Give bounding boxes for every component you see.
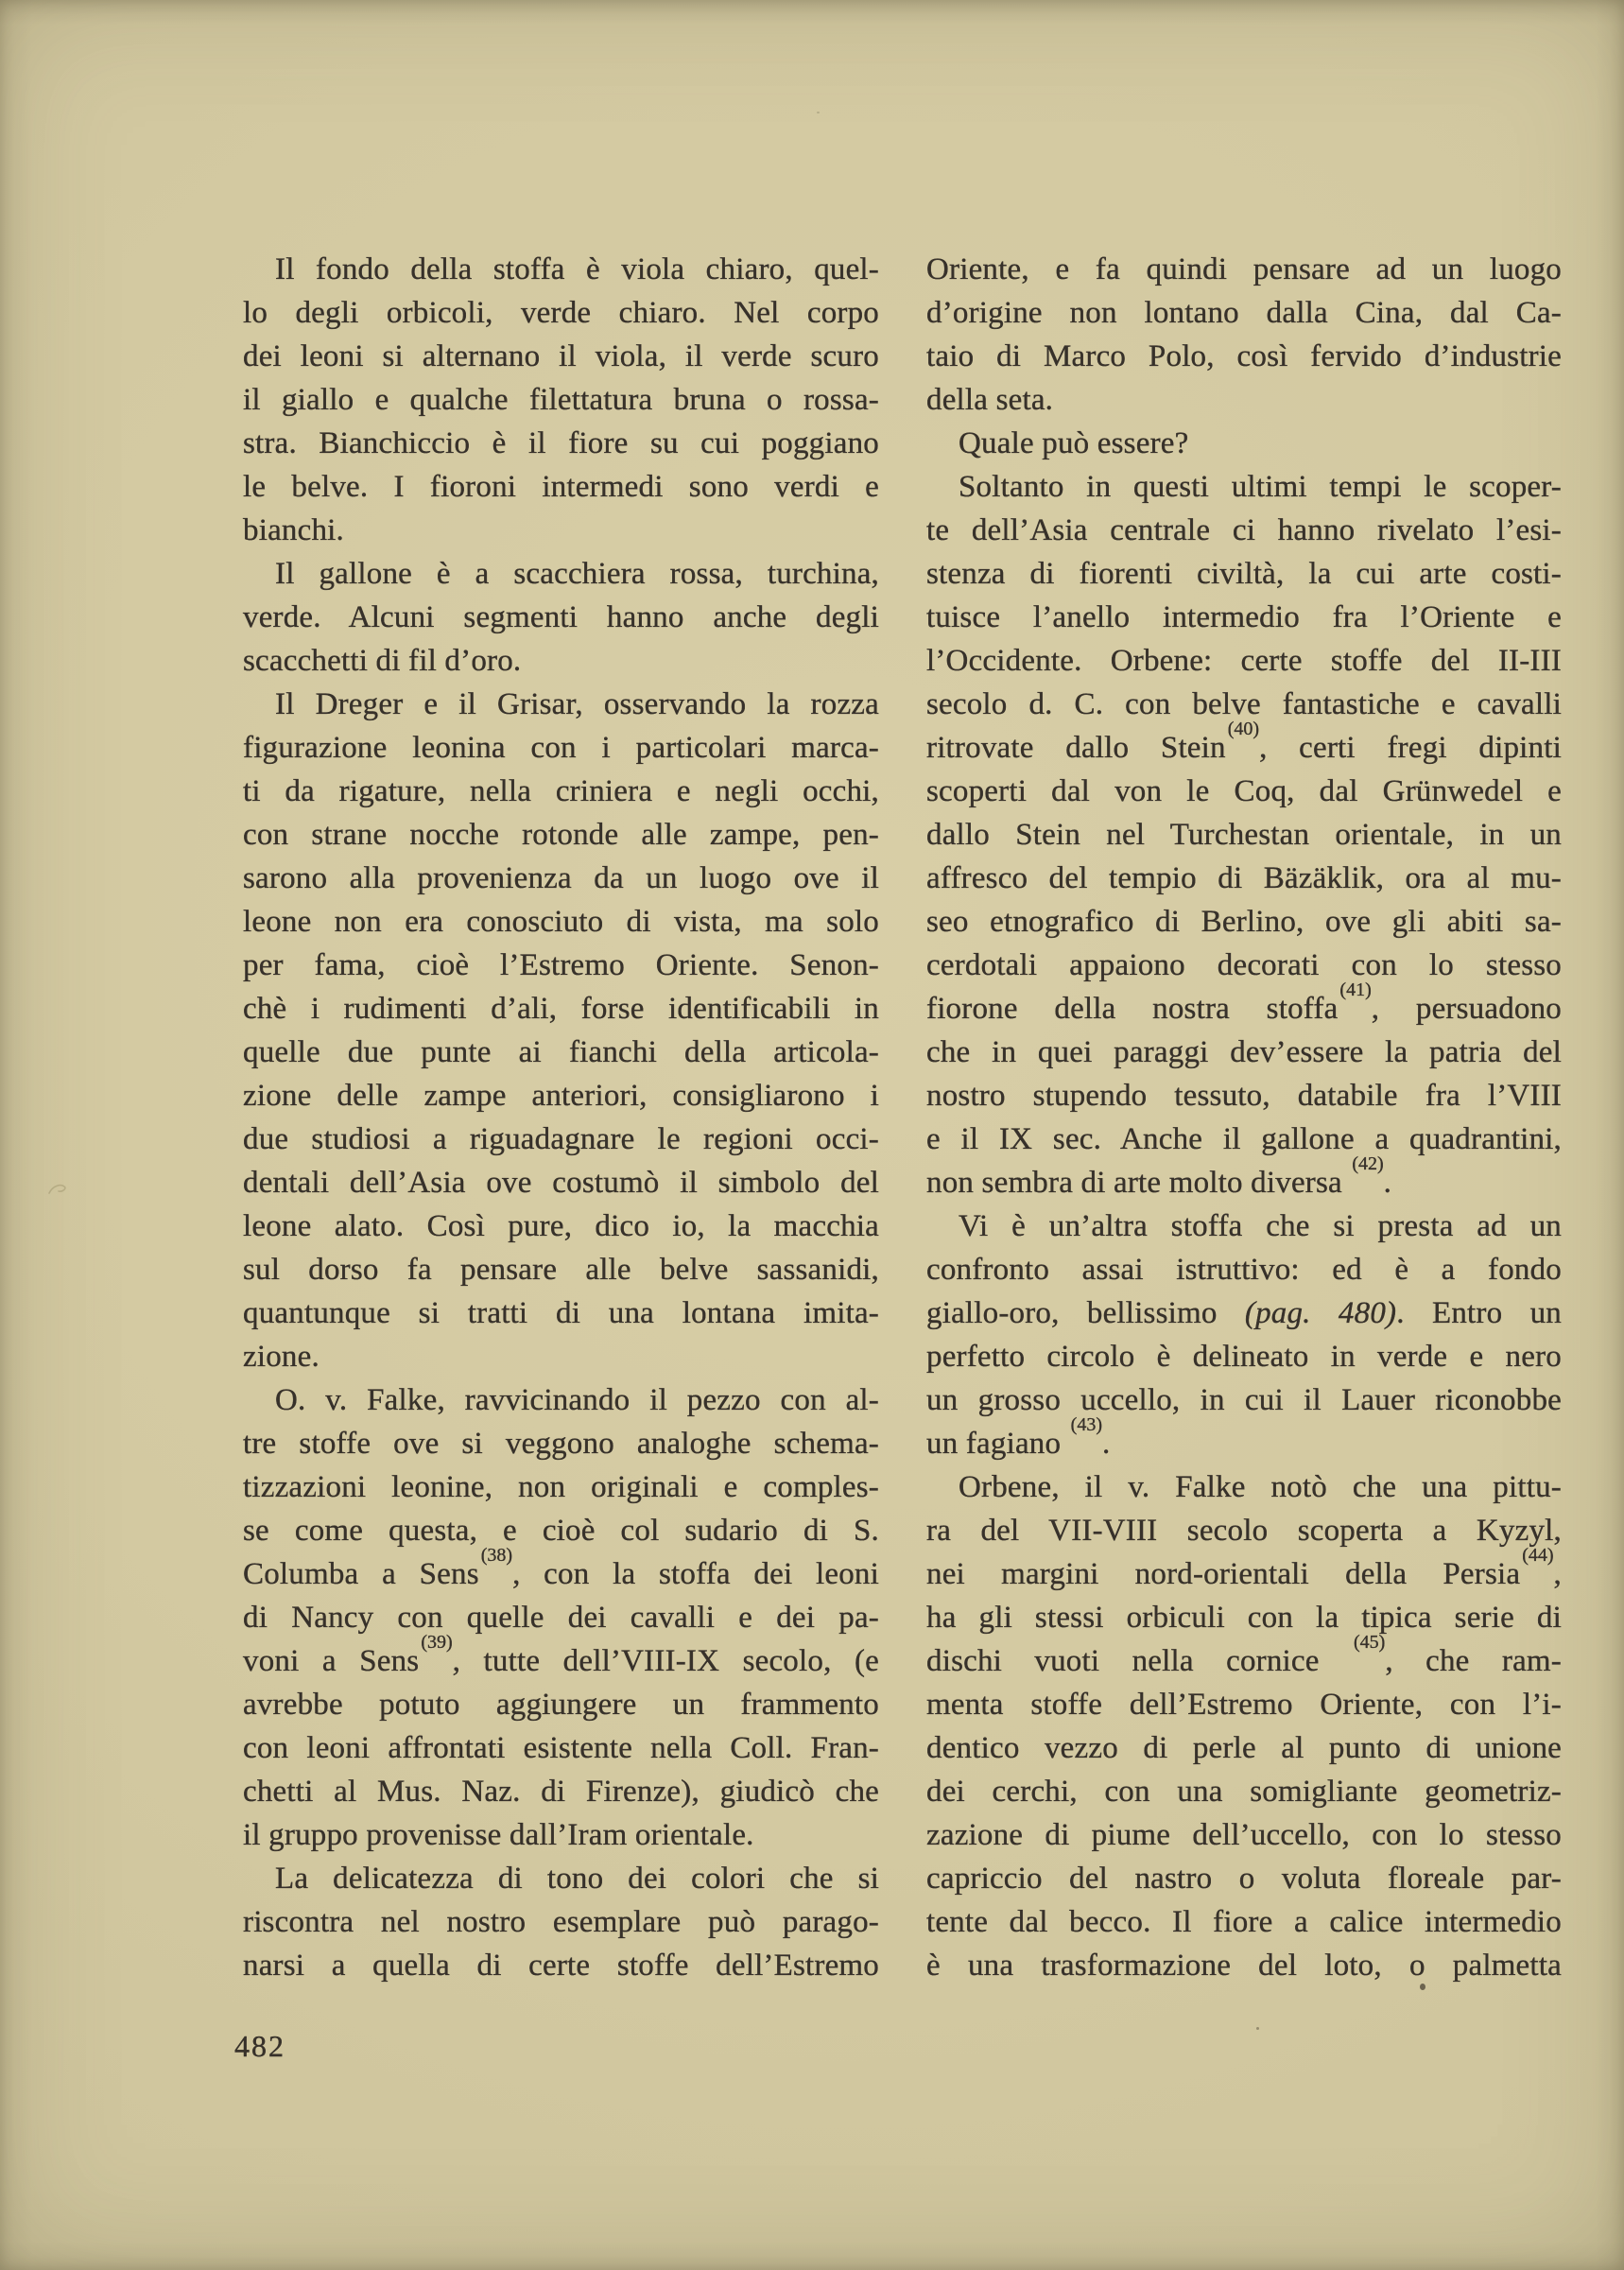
ink-speck bbox=[1420, 1984, 1425, 1990]
text-line: sul dorso fa pensare alle belve sassanid… bbox=[243, 1248, 879, 1291]
text-line: avrebbe potuto aggiungere un frammento bbox=[243, 1683, 879, 1726]
text-line: perfetto circolo è delineato in verde e … bbox=[926, 1335, 1562, 1378]
text-line: giallo-oro, bellissimo (pag. 480). Entro… bbox=[926, 1291, 1562, 1335]
text-line: taio di Marco Polo, così fervido d’indus… bbox=[926, 335, 1562, 378]
text-column-left: Il fondo della stoffa è viola chiaro, qu… bbox=[243, 248, 879, 1987]
text-line: è una trasformazione del loto, o palmett… bbox=[926, 1944, 1562, 1987]
text-line: nostro stupendo tessuto, databile fra l’… bbox=[926, 1074, 1562, 1118]
text-line: della seta. bbox=[926, 378, 1562, 422]
text-line: chè i rudimenti d’ali, forse identificab… bbox=[243, 987, 879, 1031]
text-line: Orbene, il v. Falke notò che una pittu- bbox=[926, 1465, 1562, 1509]
footnote-ref: (41) bbox=[1339, 979, 1371, 1000]
text-line: ha gli stessi orbiculi con la tipica ser… bbox=[926, 1596, 1562, 1639]
text-line: zione. bbox=[243, 1335, 879, 1378]
text-column-right: Oriente, e fa quindi pensare ad un luogo… bbox=[926, 248, 1562, 1987]
text-line: O. v. Falke, ravvicinando il pezzo con a… bbox=[243, 1378, 879, 1422]
text-line: quelle due punte ai fianchi della artico… bbox=[243, 1031, 879, 1074]
text-line: verde. Alcuni segmenti hanno anche degli bbox=[243, 596, 879, 639]
text-line: per fama, cioè l’Estremo Oriente. Senon- bbox=[243, 944, 879, 987]
text-line: riscontra nel nostro esemplare può parag… bbox=[243, 1900, 879, 1944]
text-line: leone alato. Così pure, dico io, la macc… bbox=[243, 1204, 879, 1248]
text-line: dei cerchi, con una somigliante geometri… bbox=[926, 1770, 1562, 1813]
text-line: l’Occidente. Orbene: certe stoffe del II… bbox=[926, 639, 1562, 683]
text-line: Il Dreger e il Grisar, osservando la roz… bbox=[243, 683, 879, 726]
footnote-ref: (38) bbox=[481, 1545, 512, 1566]
text-line: tuisce l’anello intermedio fra l’Oriente… bbox=[926, 596, 1562, 639]
text-line: un fagiano (43). bbox=[926, 1422, 1562, 1465]
text-line: chetti al Mus. Naz. di Firenze), giudicò… bbox=[243, 1770, 879, 1813]
text-line: ra del VII-VIII secolo scoperta a Kyzyl, bbox=[926, 1509, 1562, 1552]
text-line: quantunque si tratti di una lontana imit… bbox=[243, 1291, 879, 1335]
text-line: affresco del tempio di Bäzäklik, ora al … bbox=[926, 857, 1562, 900]
text-line: nei margini nord-orientali della Persia(… bbox=[926, 1552, 1562, 1596]
text-line: e il IX sec. Anche il gallone a quadrant… bbox=[926, 1118, 1562, 1161]
text-line: menta stoffe dell’Estremo Oriente, con l… bbox=[926, 1683, 1562, 1726]
text-line: La delicatezza di tono dei colori che si bbox=[243, 1857, 879, 1900]
text-line: dallo Stein nel Turchestan orientale, in… bbox=[926, 813, 1562, 857]
text-line: seo etnografico di Berlino, ove gli abit… bbox=[926, 900, 1562, 944]
text-line: le belve. I fioroni intermedi sono verdi… bbox=[243, 465, 879, 509]
text-line: due studiosi a riguadagnare le regioni o… bbox=[243, 1118, 879, 1161]
text-line: Quale può essere? bbox=[926, 422, 1562, 465]
text-line: tente dal becco. Il fiore a calice inter… bbox=[926, 1900, 1562, 1944]
text-line: confronto assai istruttivo: ed è a fondo bbox=[926, 1248, 1562, 1291]
text-line: cerdotali appaiono decorati con lo stess… bbox=[926, 944, 1562, 987]
text-line: sarono alla provenienza da un luogo ove … bbox=[243, 857, 879, 900]
text-line: Soltanto in questi ultimi tempi le scope… bbox=[926, 465, 1562, 509]
text-line: il giallo e qualche filettatura bruna o … bbox=[243, 378, 879, 422]
page-number: 482 bbox=[234, 2031, 285, 2061]
text-line: Oriente, e fa quindi pensare ad un luogo bbox=[926, 248, 1562, 291]
footnote-ref: (44) bbox=[1522, 1545, 1553, 1566]
text-line: scoperti dal von le Coq, dal Grünwedel e bbox=[926, 770, 1562, 813]
text-line: Columba a Sens(38), con la stoffa dei le… bbox=[243, 1552, 879, 1596]
text-line: se come questa, e cioè col sudario di S. bbox=[243, 1509, 879, 1552]
text-line: che in quei paraggi dev’essere la patria… bbox=[926, 1031, 1562, 1074]
text-line: lo degli orbicoli, verde chiaro. Nel cor… bbox=[243, 291, 879, 335]
text-line: stra. Bianchiccio è il fiore su cui pogg… bbox=[243, 422, 879, 465]
text-line: con strane nocche rotonde alle zampe, pe… bbox=[243, 813, 879, 857]
text-line: zione delle zampe anteriori, consigliaro… bbox=[243, 1074, 879, 1118]
footnote-ref: (45) bbox=[1354, 1632, 1385, 1653]
text-line: te dell’Asia centrale ci hanno rivelato … bbox=[926, 509, 1562, 552]
text-line: voni a Sens(39), tutte dell’VIII-IX seco… bbox=[243, 1639, 879, 1683]
text-line: dentali dell’Asia ove costumò il simbolo… bbox=[243, 1161, 879, 1204]
text-line: leone non era conosciuto di vista, ma so… bbox=[243, 900, 879, 944]
text-line: il gruppo provenisse dall’Iram orientale… bbox=[243, 1813, 879, 1857]
text-line: di Nancy con quelle dei cavalli e dei pa… bbox=[243, 1596, 879, 1639]
footnote-ref: (40) bbox=[1228, 719, 1259, 739]
text-line: Il fondo della stoffa è viola chiaro, qu… bbox=[243, 248, 879, 291]
footnote-ref: (43) bbox=[1071, 1414, 1102, 1435]
text-line: con leoni affrontati esistente nella Col… bbox=[243, 1726, 879, 1770]
text-line: bianchi. bbox=[243, 509, 879, 552]
text-line: narsi a quella di certe stoffe dell’Estr… bbox=[243, 1944, 879, 1987]
text-line: dischi vuoti nella cornice (45), che ram… bbox=[926, 1639, 1562, 1683]
text-line: capriccio del nastro o voluta floreale p… bbox=[926, 1857, 1562, 1900]
text-line: dei leoni si alternano il viola, il verd… bbox=[243, 335, 879, 378]
text-line: fiorone della nostra stoffa(41), persuad… bbox=[926, 987, 1562, 1031]
text-line: ti da rigature, nella criniera e negli o… bbox=[243, 770, 879, 813]
text-line: stenza di fiorenti civiltà, la cui arte … bbox=[926, 552, 1562, 596]
ink-speck bbox=[817, 112, 820, 113]
text-line: non sembra di arte molto diversa (42). bbox=[926, 1161, 1562, 1204]
text-line: ritrovate dallo Stein(40), certi fregi d… bbox=[926, 726, 1562, 770]
text-line: dentico vezzo di perle al punto di union… bbox=[926, 1726, 1562, 1770]
text-line: zazione di piume dell’uccello, con lo st… bbox=[926, 1813, 1562, 1857]
text-line: scacchetti di fil d’oro. bbox=[243, 639, 879, 683]
text-line: Il gallone è a scacchiera rossa, turchin… bbox=[243, 552, 879, 596]
text-line: d’origine non lontano dalla Cina, dal Ca… bbox=[926, 291, 1562, 335]
text-line: figurazione leonina con i particolari ma… bbox=[243, 726, 879, 770]
text-line: tre stoffe ove si veggono analoghe schem… bbox=[243, 1422, 879, 1465]
footnote-ref: (42) bbox=[1352, 1153, 1383, 1174]
footnote-ref: (39) bbox=[421, 1632, 452, 1653]
text-line: un grosso uccello, in cui il Lauer ricon… bbox=[926, 1378, 1562, 1422]
pencil-mark bbox=[45, 1178, 74, 1199]
text-line: tizzazioni leonine, non originali e comp… bbox=[243, 1465, 879, 1509]
ink-speck bbox=[1256, 2027, 1259, 2030]
book-page: Il fondo della stoffa è viola chiaro, qu… bbox=[0, 0, 1624, 2270]
text-line: Vi è un’altra stoffa che si presta ad un bbox=[926, 1204, 1562, 1248]
